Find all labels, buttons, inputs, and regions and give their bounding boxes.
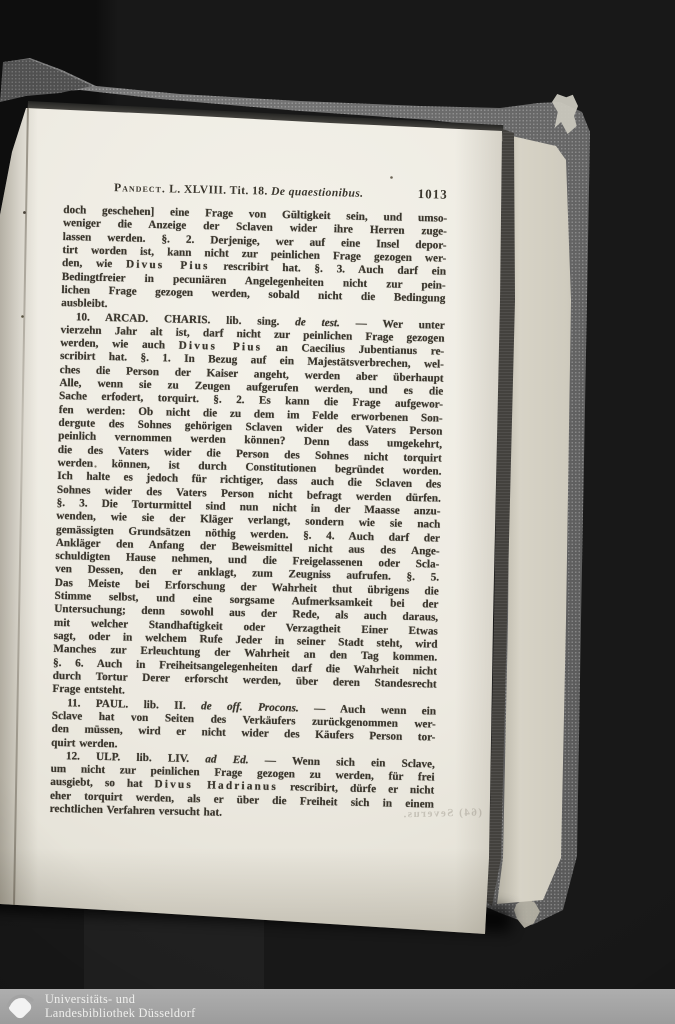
page-text-block: Pandect. L. XLVIII. Tit. 18. De quaestio… — [50, 180, 448, 825]
library-name: Universitäts- und Landesbibliothek Düsse… — [45, 993, 196, 1020]
library-name-line1: Universitäts- und — [45, 993, 196, 1007]
library-name-line2: Landesbibliothek Düsseldorf — [45, 1007, 196, 1021]
library-logo-icon — [4, 991, 38, 1023]
header-book-abbrev: Pandect. — [114, 181, 166, 195]
book-photo-stage: Pandect. L. XLVIII. Tit. 18. De quaestio… — [0, 0, 675, 1024]
bleedthrough-text: (64) Severus. — [350, 807, 482, 822]
running-header: Pandect. L. XLVIII. Tit. 18. De quaestio… — [64, 180, 448, 204]
header-chapter-title: De quaestionibus. — [271, 185, 364, 200]
page-number: 1013 — [418, 186, 448, 203]
body-text: doch geschehen] eine Frage von Gültigkei… — [50, 204, 448, 825]
header-book-ref: L. XLVIII. Tit. 18. — [169, 182, 268, 197]
library-bar: Universitäts- und Landesbibliothek Düsse… — [0, 989, 675, 1024]
